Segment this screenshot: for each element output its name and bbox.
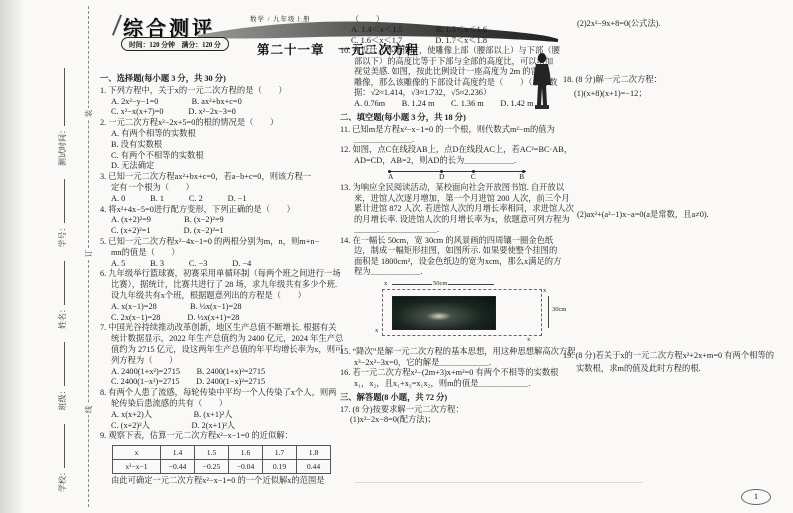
question-line: AD=CD，AB=2，则AD的长为＿＿＿＿＿＿.: [340, 156, 564, 166]
question-line: 17. (8 分)按要求解一元二次方程：: [340, 405, 564, 415]
option-line: C. x²−x(x+7)=0 D. x²−2x−3=0: [100, 107, 336, 118]
question-line: 3. 已知一元二次方程ax²+bx+c=0，若a−b+c=0，则该方程一: [100, 172, 336, 183]
question-line: （ ）: [340, 15, 564, 25]
question-line: 7. 中国光谷持续推动改革创新，地区生产总值不断增长. 根据有关: [100, 323, 336, 334]
option-line: D. 无法确定: [100, 161, 336, 172]
table-cell: x²−x−1: [113, 460, 161, 474]
question-line: 18. (8 分)解一元二次方程：: [563, 75, 662, 86]
table-cell: 0.44: [297, 460, 331, 474]
question-line: 值约为 2715 亿元，设这两年生产总值的年平均增长率为x，则可: [100, 345, 336, 356]
question-line: 程为＿＿＿＿＿＿.: [340, 267, 564, 277]
school-blank: [56, 424, 65, 468]
section-choice-title: 一、选择题(每小题 3 分，共 30 分): [100, 74, 336, 85]
question-line: 实数根，求m的值及此时方程的根.: [576, 364, 701, 375]
table-cell: 1.4: [161, 446, 195, 460]
answer-line: (2)2x²−9x+8=0(公式法).: [577, 19, 661, 30]
point-label: D: [439, 172, 444, 181]
question-line: 16. 若一元二次方程x²−(2m+3)x+m²=0 有两个不相等的实数根: [340, 368, 564, 378]
point-label: B: [519, 172, 524, 181]
binding-char: 线: [83, 404, 94, 415]
column-1: 一、选择题(每小题 3 分，共 30 分) 1. 下列方程中，关于x的一元二次方…: [100, 70, 336, 487]
name-blank: [56, 261, 65, 305]
border-width-label: x: [542, 287, 547, 294]
question-line: 列方程为（ ）: [100, 356, 336, 367]
name-field: 姓名：: [56, 261, 68, 329]
question-line: 累计进馆 872 人次. 若进馆人次的月增长率相同，求进馆人次: [340, 204, 564, 214]
option-line: C. (x+2)²人 D. 2(x+1)²人: [100, 421, 336, 432]
option-line: C. 有两个不相等的实数根: [100, 151, 336, 162]
table-cell: −0.25: [195, 460, 229, 474]
time-score-pill: 时间：120 分钟 满分：120 分: [121, 37, 229, 51]
test-time-field: 测试时间：: [56, 68, 68, 166]
option-line: A. 0 B. 1 C. 2 D. −1: [100, 194, 336, 205]
question-line: 比赛），据统计，比赛共进行了 28 场，求九年级共有多少个班.: [100, 280, 336, 291]
question-line: (1)x²−2x−8=0(配方法)；: [340, 415, 564, 425]
table-cell: 1.7: [263, 446, 297, 460]
question-line: 4. 将x²+4x−5=0进行配方变形，下列正确的是（ ）: [100, 205, 336, 216]
student-id-field: 学号：: [56, 180, 68, 248]
title-decoration: [112, 15, 122, 36]
question-line: mn的值是（ ）: [100, 248, 336, 259]
border-width-label: x: [526, 336, 531, 343]
class-blank: [56, 343, 65, 387]
school-label: 学校：: [58, 468, 67, 492]
subject-label: 数学 / 九年级上册: [250, 14, 311, 23]
question-line: 19. (8 分)若关于x的一元二次方程x²+2x+m=0 有两个相等的: [563, 351, 774, 362]
page-number-badge: 1: [741, 489, 771, 505]
question-line: x³−2x²−3x=0，它的解是＿＿＿＿＿＿.: [340, 358, 564, 368]
footer-rule: [355, 482, 643, 483]
statue-image: [529, 52, 555, 112]
test-time-blank: [56, 68, 65, 126]
question-line: 11. 已知m是方程x²−x−1=0 的一个根，则代数式m²−m的值为: [340, 125, 564, 135]
binding-char: 装: [83, 108, 94, 119]
question-line: 12. 如图，点C在线段AB上，点D在线段AC上，若AC²=BC·AB，: [340, 145, 564, 155]
photo-image: [392, 296, 496, 330]
question-line: 2. 一元二次方程x²−2x+5=0的根的情况是（ ）: [100, 118, 336, 129]
segment-diagram: A D C B: [388, 167, 526, 182]
option-line: A. 1.4＜x＜1.5 B. 1.5＜x＜1.6: [340, 25, 564, 35]
question-line: 轮传染后患流感的共有（ ）: [100, 399, 336, 410]
table-row: x 1.4 1.5 1.6 1.7 1.8: [113, 446, 331, 460]
option-line: A. x(x+2)人 B. (x+1)²人: [100, 410, 336, 421]
question-line: ＿＿＿＿＿＿＿.: [340, 135, 564, 145]
question-line: ＿＿＿＿＿＿＿＿＿＿.: [340, 225, 564, 235]
option-line: C. 2x(x−1)=28 D. ½x(x+1)=28: [100, 313, 336, 324]
border-width-label: x: [383, 280, 388, 287]
question-line: 的月增长率. 设进馆人次的月增长率为x，依题意可列方程为: [340, 215, 564, 225]
option-line: A. x(x−1)=28 B. ½x(x−1)=28: [100, 302, 336, 313]
segment-line: [388, 171, 526, 172]
table-cell: −0.44: [161, 460, 195, 474]
question-line: 5. 已知一元二次方程x²−4x−1=0 的两根分别为m，n，则m+n−: [100, 237, 336, 248]
question-line: (1)(x+8)(x+1)=−12；: [574, 89, 647, 100]
student-id-blank: [56, 180, 65, 224]
class-field: 班级：: [56, 343, 68, 411]
table-cell: 1.6: [229, 446, 263, 460]
question-line: (2)ax²+(a²−1)x−a=0(a是常数，且a≠0).: [577, 210, 709, 221]
binding-char: 订: [83, 248, 94, 259]
section-blank-title: 二、填空题(每小题 3 分，共 18 分): [340, 113, 564, 123]
option-line: A. 有两个相等的实数根: [100, 129, 336, 140]
frame-diagram: 50cm x x 30cm x x: [366, 280, 578, 344]
option-line: C. (x+2)²=1 D. (x−2)²=1: [100, 226, 336, 237]
option-line: C. 1.6＜x＜1.7 D. 1.7＜x＜1.8: [340, 36, 564, 46]
option-line: A. 2400(1+x²)=2715 B. 2400(1+x)²=2715: [100, 367, 336, 378]
option-line: B. 没有实数根: [100, 140, 336, 151]
question-line: 定有一个根为（ ）: [100, 183, 336, 194]
question-line: 14. 在一幅长 50cm，宽 30cm 的风景画的四周镶一圈金色纸: [340, 236, 564, 246]
question-line: 9. 观察下表，估算一元二次方程x²−x−1=0 的近似解：: [100, 431, 336, 442]
option-line: C. 2400(1−x²)=2715 D. 2400(1−x)²=2715: [100, 377, 336, 388]
point-label: C: [471, 172, 476, 181]
student-id-label: 学号：: [58, 224, 67, 248]
question-line: 6. 九年级举行篮球赛，初赛采用单循环制（每两个班之间进行一场: [100, 269, 336, 280]
scan-edge: [0, 0, 24, 513]
option-line: A. (x+2)²=9 B. (x−2)²=9: [100, 215, 336, 226]
table-cell: 1.8: [297, 446, 331, 460]
question-line: 来，进馆人次逐月增加，第一个月进馆 200 人次，前三个月: [340, 194, 564, 204]
name-label: 姓名：: [58, 305, 67, 329]
test-time-label: 测试时间：: [58, 126, 67, 166]
class-label: 班级：: [58, 387, 67, 411]
question-line: 面积是 1800cm²，设金色纸边的宽为xcm，那么x满足的方: [340, 257, 564, 267]
school-field: 学校：: [56, 424, 68, 492]
question-line: 边，制成一幅矩形挂图，如图所示. 如果要使整个挂图的: [340, 246, 564, 256]
question-line: x₁，x₂，且x₁+x₂=x₁x₂，则m的值是＿＿＿＿＿＿.: [340, 379, 564, 389]
question-line: 8. 有两个人患了流感，每轮传染中平均一个人传染了x个人，则两: [100, 388, 336, 399]
border-width-label: x: [374, 327, 379, 334]
table-cell: 1.5: [195, 446, 229, 460]
question-line: 设九年级共有x个班，根据题意列出的方程是（ ）: [100, 291, 336, 302]
height-dimension-label: 30cm: [551, 306, 567, 313]
question-line: 1. 下列方程中，关于x的一元二次方程的是（ ）: [100, 86, 336, 97]
margin-fields: 学校： 班级： 姓名： 学号： 测试时间：: [52, 68, 68, 492]
option-line: A. 2x²−y−1=0 B. ax²+bx+c=0: [100, 97, 336, 108]
estimate-table: x 1.4 1.5 1.6 1.7 1.8 x²−x−1 −0.44 −0.25…: [112, 445, 331, 474]
question-line: 13. 为响应全民阅读活动，某校面向社会开放图书馆. 自开放以: [340, 183, 564, 193]
table-cell: 0.19: [263, 460, 297, 474]
question-line: 15. “降次”是解一元二次方程的基本思想，用这种思想解高次方程: [340, 347, 564, 357]
table-cell: x: [113, 446, 161, 460]
width-dimension-label: 50cm: [432, 280, 448, 287]
table-cell: −0.04: [229, 460, 263, 474]
question-line: 由此可确定一元二次方程x²−x−1=0 的一个近似解x的范围是: [100, 476, 336, 487]
option-line: A. 5 B. 3 C. −3 D. −4: [100, 259, 336, 270]
point-label: A: [388, 172, 393, 181]
table-row: x²−x−1 −0.44 −0.25 −0.04 0.19 0.44: [113, 460, 331, 474]
section-solve-title: 三、解答题(8 小题，共 72 分): [340, 393, 564, 403]
height-dimension-line: [548, 296, 549, 328]
exam-paper: 学校： 班级： 姓名： 学号： 测试时间： 装 订 线 综合测评 数学 / 九年…: [0, 0, 793, 513]
question-line: 统计数据显示，2022 年生产总值约为 2400 亿元，2024 年生产总: [100, 334, 336, 345]
